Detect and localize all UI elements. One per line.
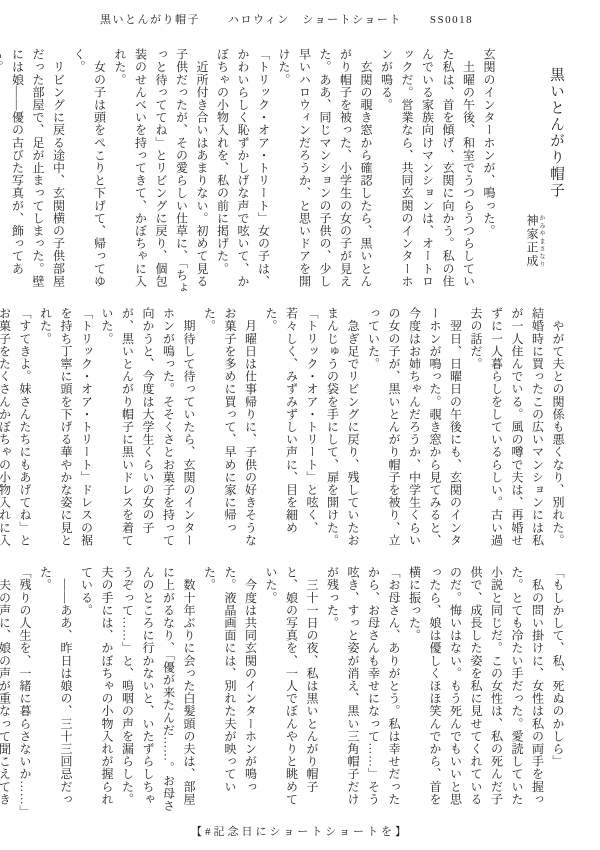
story-paragraph: 私の問い掛けに、女性は私の両手を握った。とても冷たい手だった。愛読していた小説と… [404, 566, 548, 812]
story-paragraph: 「すてきよ。妹さんたちにもあげてね」とお菓子をたくさんかぼちゃの小物入れに入れた… [0, 307, 35, 553]
story-paragraph: 玄関の覗き窓から確認したら、黒いとんがり帽子を被った、小学生の女の子が見えた。あ… [274, 48, 377, 294]
story-paragraph: 今度は共同玄関のインターホンが鳴った。液晶画面には、別れた夫が映っていた。 [199, 566, 261, 812]
title-block: 黒いとんがり帽子 神家正成かみやまさなり [521, 48, 568, 294]
story-paragraph: 女の子は頭をぺこりと下げて、帰ってゆく。 [69, 48, 110, 294]
story-paragraph: 三十一日の夜、私は黒いとんがり帽子と、娘の写真を、一人でぼんやりと眺めていた。 [261, 566, 323, 812]
story-paragraph: 月曜日は仕事帰りに、子供の好きそうなお菓子を多めに買って、早めに家に帰った。 [199, 307, 261, 553]
story-paragraph: 「もしかして、私、死ぬのかしら」 [548, 566, 569, 812]
author-ruby: 神家正成かみやまさなり [525, 214, 539, 268]
story-paragraph: 玄関のインターホンが、鳴った。 [479, 48, 500, 294]
story-paragraph: 「トリック・オア・トリート」ドレスの裾を持ち丁寧に頭を下げる華やかな姿に見とれた… [35, 307, 97, 553]
story-paragraph: 「お母さん、ありがとう。私は幸せだったから、お母さんも幸せになって……」そう呟き… [322, 566, 404, 812]
page-footer: 【#記念日にショートショートを】 [0, 823, 600, 839]
story-paragraph: 「トリック・オア・トリート」と呟く、若々しく、みずみずしい声に、目を細めた。 [261, 307, 323, 553]
story-paragraph: 翌日、日曜日の午後にも、玄関のインターホンが鳴った。覗き窓から見てみると、今度は… [363, 307, 466, 553]
footer-hashtag: 【#記念日にショートショートを】 [191, 826, 409, 838]
text-band-1: 黒いとんがり帽子 神家正成かみやまさなり 玄関のインターホンが、鳴った。 土曜の… [23, 48, 568, 294]
story-paragraph: リビングに戻る途中、玄関横の子供部屋だった部屋で、足が止まってしまった。壁には娘… [0, 48, 69, 294]
author-name: 神家正成かみやまさなり [521, 48, 544, 294]
document-page: 黒いとんがり帽子 ハロウィン ショートショート SS0018 黒いとんがり帽子 … [0, 0, 600, 850]
story-paragraph: やがて夫との関係も悪くなり、別れた。結婚時に買ったこの広いマンションには私が一人… [466, 307, 569, 553]
page-header: 黒いとんがり帽子 ハロウィン ショートショート SS0018 [0, 0, 600, 27]
header-story-title: 黒いとんがり帽子 [100, 11, 200, 27]
story-paragraph: 夫の声に、娘の声が重なって聞こえてきた。 [0, 566, 15, 812]
text-band-2: やがて夫との関係も悪くなり、別れた。結婚時に買ったこの広いマンションには私が一人… [23, 307, 568, 553]
story-paragraph: 「トリック・オア・トリート」女の子は、かわいらしく恥ずかしげな声で呟いて、かぼち… [212, 48, 274, 294]
story-paragraph: ――ああ、昨日は娘の、三十三回忌だった。 [35, 566, 76, 812]
story-title: 黒いとんがり帽子 [544, 48, 568, 294]
header-series-subtitle: ハロウィン ショートショート [228, 11, 402, 27]
story-paragraph: 期待して待っていたら、玄関のインターホンが鳴った。そそくさとお菓子を持って向かう… [97, 307, 200, 553]
story-paragraph: 近所付き合いはあまりない。初めて見る子供だったが、その愛らしい仕草に、「ちょっと… [110, 48, 213, 294]
story-paragraph: 数十年ぶりに会った白髪頭の夫は、部屋に上がるなり、「優が来たんだ……。お母さんの… [76, 566, 199, 812]
text-band-3: 「もしかして、私、死ぬのかしら」 私の問い掛けに、女性は私の両手を握った。とても… [23, 566, 568, 812]
story-paragraph: 土曜の午後、和室でうつらうつらしていた私は、首を傾げ、玄関に向かう。私の住んでい… [376, 48, 479, 294]
story-paragraph: 急ぎ足でリビングに戻り、残していたおまんじゅうの袋を手にして、扉を開けた。 [322, 307, 363, 553]
story-paragraph: 「残りの人生を、一緒に暮らさないか……」 [15, 566, 36, 812]
header-story-code: SS0018 [430, 14, 473, 26]
story-body: 黒いとんがり帽子 神家正成かみやまさなり 玄関のインターホンが、鳴った。 土曜の… [0, 48, 600, 812]
